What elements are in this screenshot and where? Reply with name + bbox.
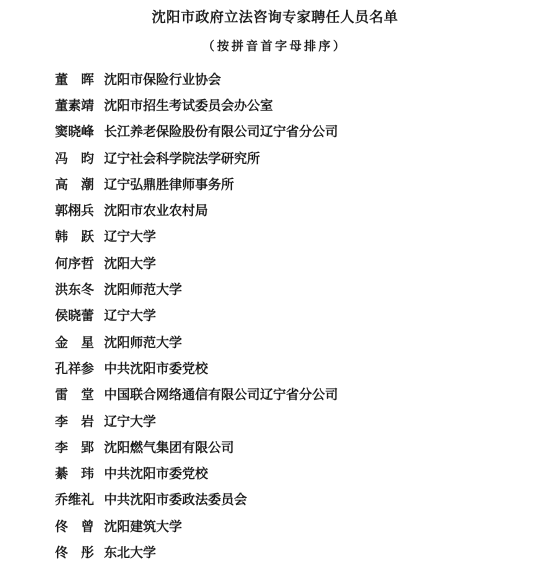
member-name: 李郢	[55, 437, 94, 456]
member-organization: 长江养老保险股份有限公司辽宁省分公司	[104, 121, 338, 140]
list-item: 董素靖 沈阳市招生考试委员会办公室	[55, 91, 550, 117]
list-item: 侯晓蕾 辽宁大学	[55, 302, 550, 328]
list-item: 乔维礼 中共沈阳市委政法委员会	[55, 486, 550, 512]
member-name: 冯昀	[55, 148, 94, 167]
document-title: 沈阳市政府立法咨询专家聘任人员名单	[0, 0, 550, 27]
member-organization: 沈阳师范大学	[104, 332, 182, 351]
member-name: 綦玮	[55, 463, 94, 482]
member-organization: 沈阳市保险行业协会	[104, 69, 221, 88]
list-item: 韩跃 辽宁大学	[55, 223, 550, 249]
member-name: 何序哲	[55, 253, 94, 272]
member-organization: 中共沈阳市委政法委员会	[104, 489, 247, 508]
list-item: 郭栩兵 沈阳市农业农村局	[55, 196, 550, 222]
member-name: 佟彤	[55, 542, 94, 561]
list-item: 窦晓峰 长江养老保险股份有限公司辽宁省分公司	[55, 118, 550, 144]
list-item: 冯昀 辽宁社会科学院法学研究所	[55, 144, 550, 170]
member-organization: 中共沈阳市委党校	[104, 463, 208, 482]
document-page: 沈阳市政府立法咨询专家聘任人员名单 （按拼音首字母排序） 董晖 沈阳市保险行业协…	[0, 0, 550, 565]
member-organization: 中国联合网络通信有限公司辽宁省分公司	[104, 384, 338, 403]
member-organization: 东北大学	[104, 542, 156, 561]
member-organization: 沈阳大学	[104, 253, 156, 272]
list-item: 綦玮 中共沈阳市委党校	[55, 459, 550, 485]
list-item: 李郢 沈阳燃气集团有限公司	[55, 433, 550, 459]
member-list: 董晖 沈阳市保险行业协会 董素靖 沈阳市招生考试委员会办公室 窦晓峰 长江养老保…	[0, 65, 550, 565]
list-item: 孔祥参 中共沈阳市委党校	[55, 354, 550, 380]
member-organization: 沈阳燃气集团有限公司	[104, 437, 234, 456]
member-name: 洪东冬	[55, 279, 94, 298]
member-organization: 中共沈阳市委党校	[104, 358, 208, 377]
list-item: 高潮 辽宁弘鼎胜律师事务所	[55, 170, 550, 196]
list-item: 佟曾 沈阳建筑大学	[55, 512, 550, 538]
member-name: 乔维礼	[55, 489, 94, 508]
member-organization: 沈阳建筑大学	[104, 516, 182, 535]
member-organization: 辽宁大学	[104, 305, 156, 324]
member-name: 侯晓蕾	[55, 305, 94, 324]
list-item: 佟彤 东北大学	[55, 538, 550, 564]
member-name: 郭栩兵	[55, 200, 94, 219]
member-name: 董晖	[55, 69, 94, 88]
member-organization: 沈阳市招生考试委员会办公室	[104, 95, 273, 114]
member-name: 窦晓峰	[55, 121, 94, 140]
member-name: 韩跃	[55, 226, 94, 245]
sort-order-note: （按拼音首字母排序）	[0, 37, 550, 54]
member-name: 金星	[55, 332, 94, 351]
member-organization: 辽宁社会科学院法学研究所	[104, 148, 260, 167]
member-name: 孔祥参	[55, 358, 94, 377]
member-name: 董素靖	[55, 95, 94, 114]
member-name: 雷堂	[55, 384, 94, 403]
member-organization: 沈阳师范大学	[104, 279, 182, 298]
list-item: 洪东冬 沈阳师范大学	[55, 275, 550, 301]
member-name: 佟曾	[55, 516, 94, 535]
list-item: 何序哲 沈阳大学	[55, 249, 550, 275]
member-name: 李岩	[55, 411, 94, 430]
member-organization: 辽宁大学	[104, 411, 156, 430]
list-item: 董晖 沈阳市保险行业协会	[55, 65, 550, 91]
list-item: 金星 沈阳师范大学	[55, 328, 550, 354]
member-organization: 沈阳市农业农村局	[104, 200, 208, 219]
list-item: 雷堂 中国联合网络通信有限公司辽宁省分公司	[55, 381, 550, 407]
list-item: 李岩 辽宁大学	[55, 407, 550, 433]
member-organization: 辽宁弘鼎胜律师事务所	[104, 174, 234, 193]
member-name: 高潮	[55, 174, 94, 193]
member-organization: 辽宁大学	[104, 226, 156, 245]
